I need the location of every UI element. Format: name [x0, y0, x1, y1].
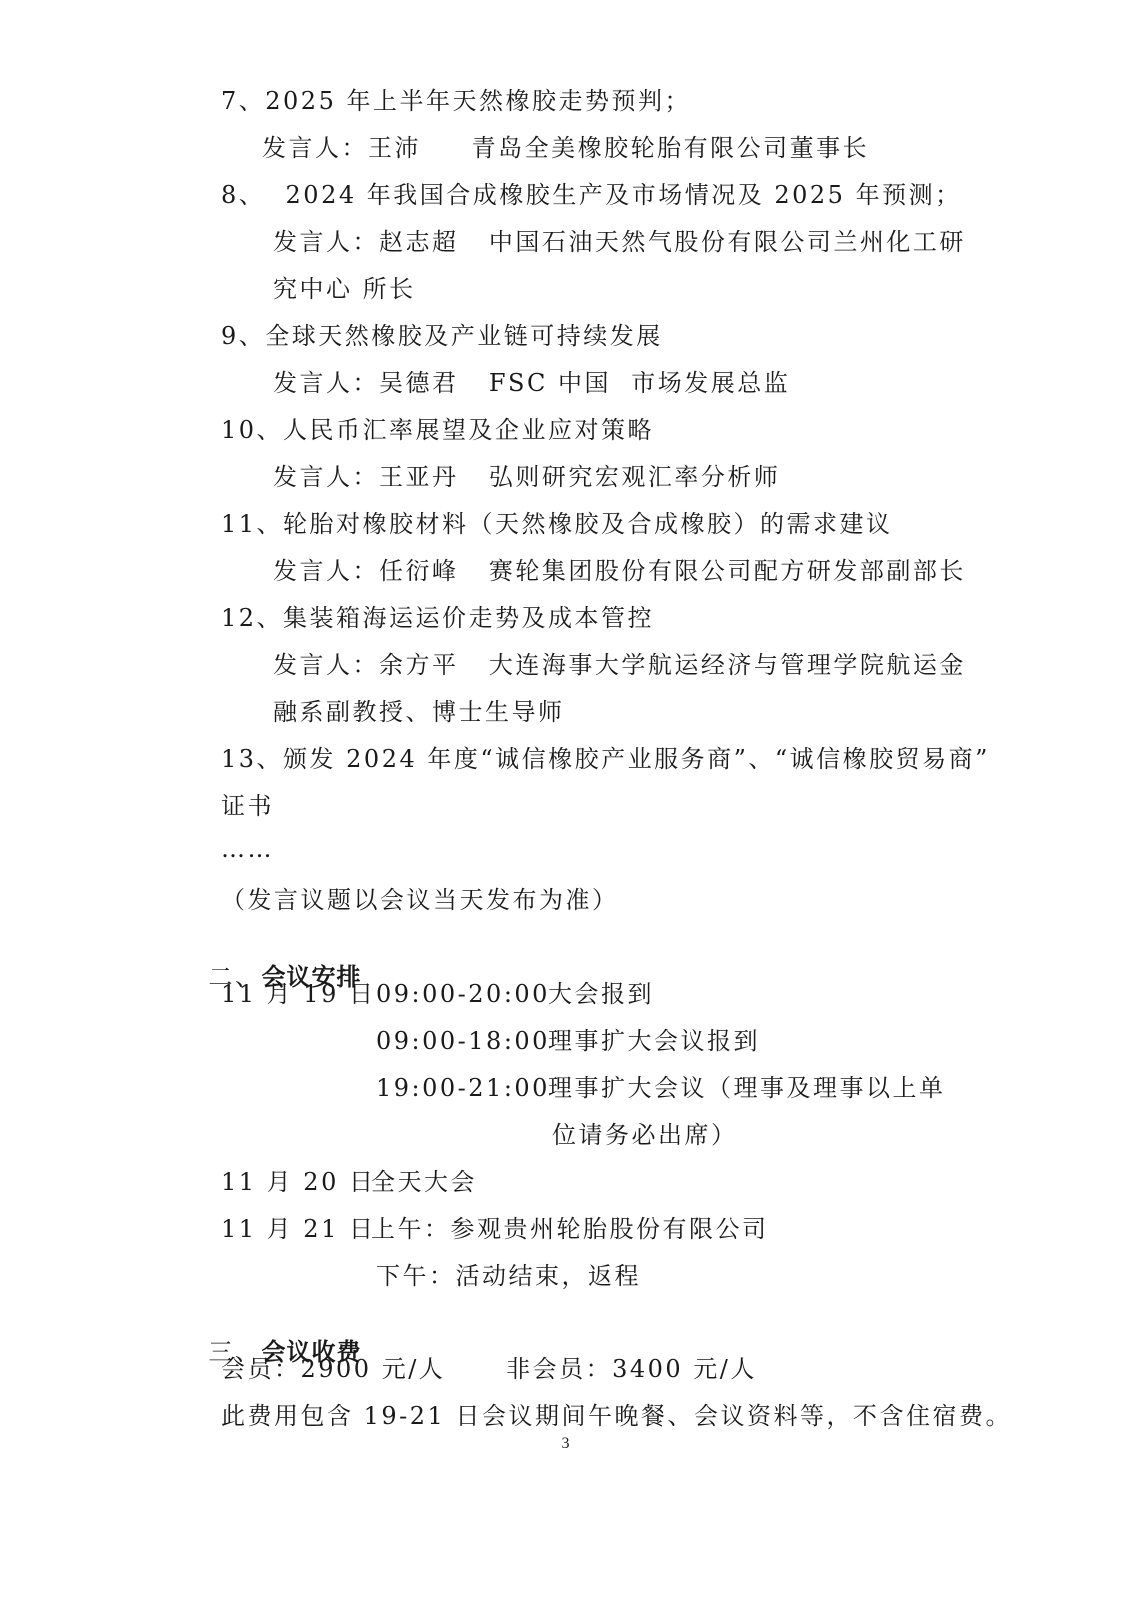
fee-description: 此费用包含 19-21 日会议期间午晚餐、会议资料等，不含住宿费。 — [221, 1401, 1012, 1431]
schedule-time: 09:00-18:00 — [376, 1026, 550, 1056]
schedule-time: 09:00-20:00 — [376, 979, 550, 1009]
agenda-item-13-title: 13、颁发 2024 年度“诚信橡胶产业服务商”、“诚信橡胶贸易商” — [221, 744, 990, 774]
schedule-date: 11 月 19 日 — [221, 979, 375, 1009]
schedule-event: 理事扩大会议报到 — [548, 1026, 760, 1056]
agenda-item-10-title: 10、人民币汇率展望及企业应对策略 — [221, 415, 654, 445]
schedule-event-cont: 位请务必出席） — [552, 1120, 738, 1150]
schedule-event: 全天大会 — [371, 1167, 477, 1197]
agenda-item-11-title: 11、轮胎对橡胶材料（天然橡胶及合成橡胶）的需求建议 — [221, 509, 893, 539]
agenda-item-8-speaker: 发言人：赵志超 中国石油天然气股份有限公司兰州化工研 — [273, 227, 966, 257]
agenda-ellipsis: …… — [221, 834, 274, 864]
schedule-event: 大会报到 — [548, 979, 654, 1009]
agenda-item-11-speaker: 发言人：任衍峰 赛轮集团股份有限公司配方研发部副部长 — [273, 556, 966, 586]
page-number: 3 — [0, 1434, 1131, 1454]
schedule-event: 上午：参观贵州轮胎股份有限公司 — [371, 1214, 769, 1244]
agenda-item-12-speaker: 发言人：余方平 大连海事大学航运经济与管理学院航运金 — [273, 650, 966, 680]
schedule-event: 理事扩大会议（理事及理事以上单 — [548, 1073, 946, 1103]
agenda-item-12-title: 12、集装箱海运运价走势及成本管控 — [221, 603, 654, 633]
agenda-item-8-title: 8、 2024 年我国合成橡胶生产及市场情况及 2025 年预测； — [221, 180, 962, 210]
agenda-item-10-speaker: 发言人：王亚丹 弘则研究宏观汇率分析师 — [273, 462, 780, 492]
agenda-item-7-title: 7、2025 年上半年天然橡胶走势预判； — [221, 86, 691, 116]
agenda-item-9-title: 9、全球天然橡胶及产业链可持续发展 — [221, 321, 663, 351]
agenda-item-12-speaker-cont: 融系副教授、博士生导师 — [273, 697, 565, 727]
agenda-item-8-speaker-cont: 究中心 所长 — [273, 274, 416, 304]
agenda-item-9-speaker: 发言人：吴德君 FSC 中国 市场发展总监 — [273, 368, 790, 398]
agenda-item-13-title-cont: 证书 — [221, 791, 274, 821]
schedule-date: 11 月 20 日 — [221, 1167, 375, 1197]
agenda-note: （发言议题以会议当天发布为准） — [221, 885, 619, 915]
schedule-time: 19:00-21:00 — [376, 1073, 550, 1103]
fee-prices: 会员：2900 元/人 非会员：3400 元/人 — [221, 1354, 757, 1384]
schedule-event-cont: 下午：活动结束，返程 — [376, 1261, 641, 1291]
schedule-date: 11 月 21 日 — [221, 1214, 375, 1244]
agenda-item-7-speaker: 发言人：王沛 青岛全美橡胶轮胎有限公司董事长 — [262, 133, 869, 163]
